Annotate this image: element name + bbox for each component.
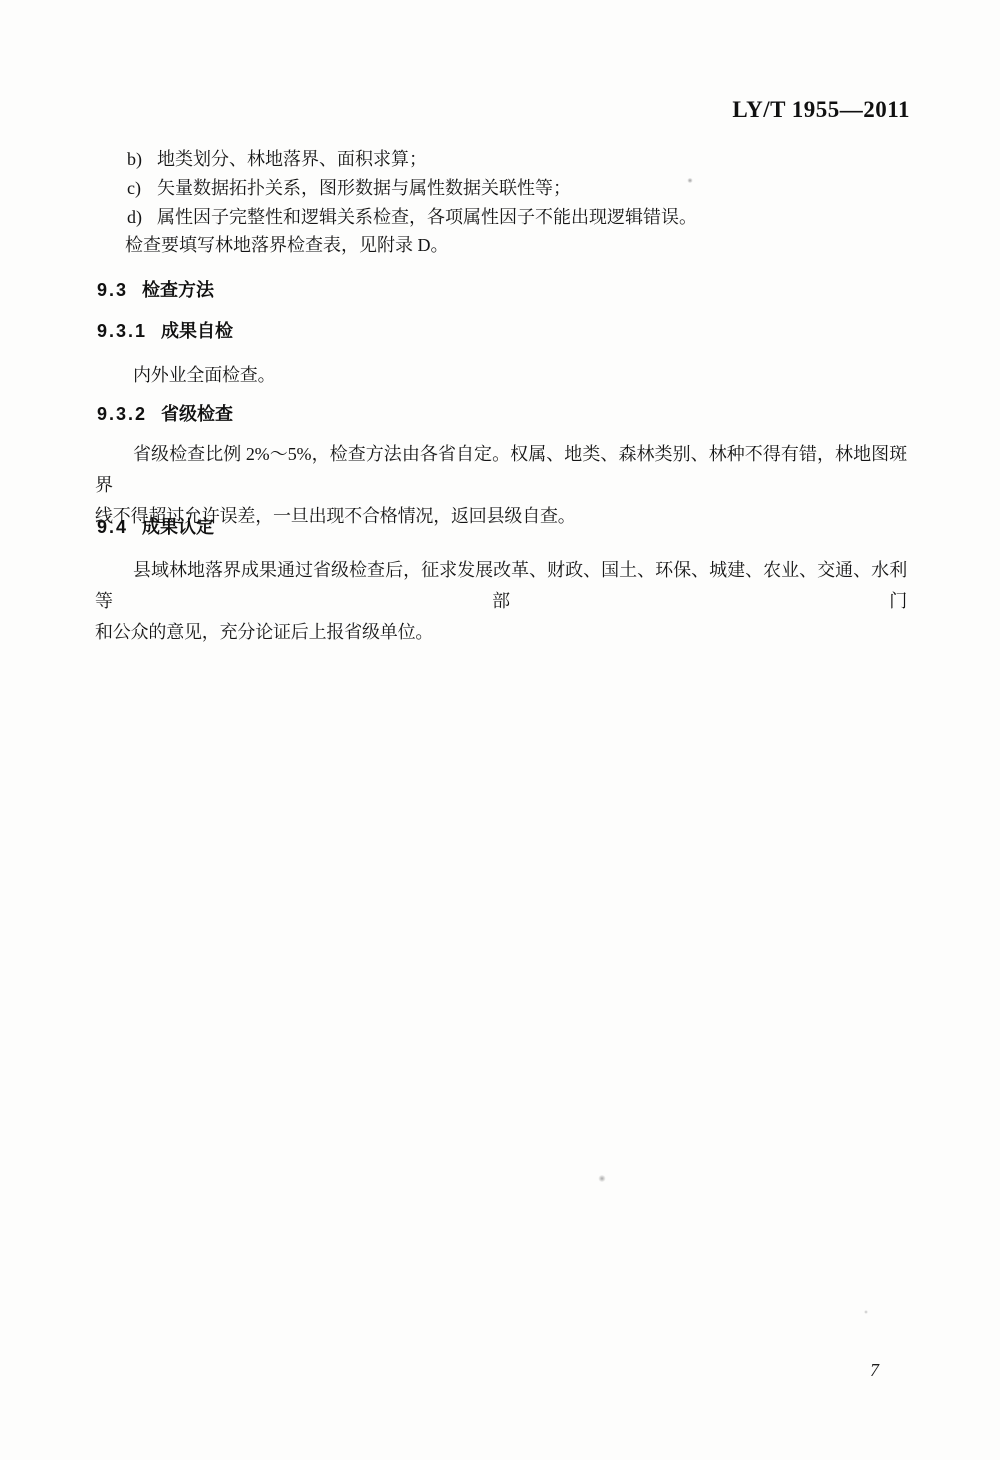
list-item-text: 属性因子完整性和逻辑关系检查，各项属性因子不能出现逻辑错误。 — [157, 207, 697, 227]
list-item: c)矢量数据拓扑关系，图形数据与属性数据关联性等； — [127, 174, 927, 203]
section-heading-9-3-1: 9.3.1成果自检 — [97, 320, 233, 342]
heading-title: 成果自检 — [161, 321, 233, 341]
page-number: 7 — [870, 1360, 879, 1381]
paragraph-line: 县域林地落界成果通过省级检查后，征求发展改革、财政、国土、环保、城建、农业、交通… — [95, 555, 907, 617]
list-item: d)属性因子完整性和逻辑关系检查，各项属性因子不能出现逻辑错误。 — [127, 203, 927, 232]
heading-number: 9.3.1 — [97, 321, 147, 341]
heading-title: 省级检查 — [161, 404, 233, 424]
list-item-label: d) — [127, 203, 157, 232]
paragraph-line: 线不得超过允许误差，一旦出现不合格情况，返回县级自查。 — [95, 501, 907, 532]
scan-speck — [864, 1310, 868, 1314]
list-item: b)地类划分、林地落界、面积求算； — [127, 145, 927, 174]
paragraph-line: 和公众的意见，充分论证后上报省级单位。 — [95, 617, 907, 648]
heading-number: 9.3.2 — [97, 404, 147, 424]
scan-speck — [598, 1175, 606, 1182]
paragraph-result-confirmation: 县域林地落界成果通过省级检查后，征求发展改革、财政、国土、环保、城建、农业、交通… — [95, 555, 907, 648]
heading-title: 成果认定 — [142, 517, 214, 537]
list-closing-note: 检查要填写林地落界检查表，见附录 D。 — [125, 233, 449, 257]
paragraph-line: 省级检查比例 2%～5%，检查方法由各省自定。权属、地类、森林类别、林种不得有错… — [95, 439, 907, 501]
heading-number: 9.3 — [97, 280, 128, 300]
paragraph-line: 内外业全面检查。 — [95, 360, 907, 391]
section-heading-9-3-2: 9.3.2省级检查 — [97, 403, 233, 425]
list-item-label: b) — [127, 145, 157, 174]
paragraph-provincial-check: 省级检查比例 2%～5%，检查方法由各省自定。权属、地类、森林类别、林种不得有错… — [95, 439, 907, 532]
standard-code: LY/T 1955—2011 — [732, 97, 910, 123]
heading-number: 9.4 — [97, 517, 128, 537]
list-item-label: c) — [127, 174, 157, 203]
heading-title: 检查方法 — [142, 280, 214, 300]
lettered-list: b)地类划分、林地落界、面积求算； c)矢量数据拓扑关系，图形数据与属性数据关联… — [127, 145, 927, 232]
list-item-text: 矢量数据拓扑关系，图形数据与属性数据关联性等； — [157, 178, 571, 198]
document-page: LY/T 1955—2011 b)地类划分、林地落界、面积求算； c)矢量数据拓… — [0, 0, 1000, 1460]
section-heading-9-3: 9.3检查方法 — [97, 279, 214, 301]
paragraph-self-check: 内外业全面检查。 — [95, 360, 907, 391]
section-heading-9-4: 9.4成果认定 — [97, 516, 214, 538]
scan-speck — [687, 178, 693, 183]
list-item-text: 地类划分、林地落界、面积求算； — [157, 149, 427, 169]
